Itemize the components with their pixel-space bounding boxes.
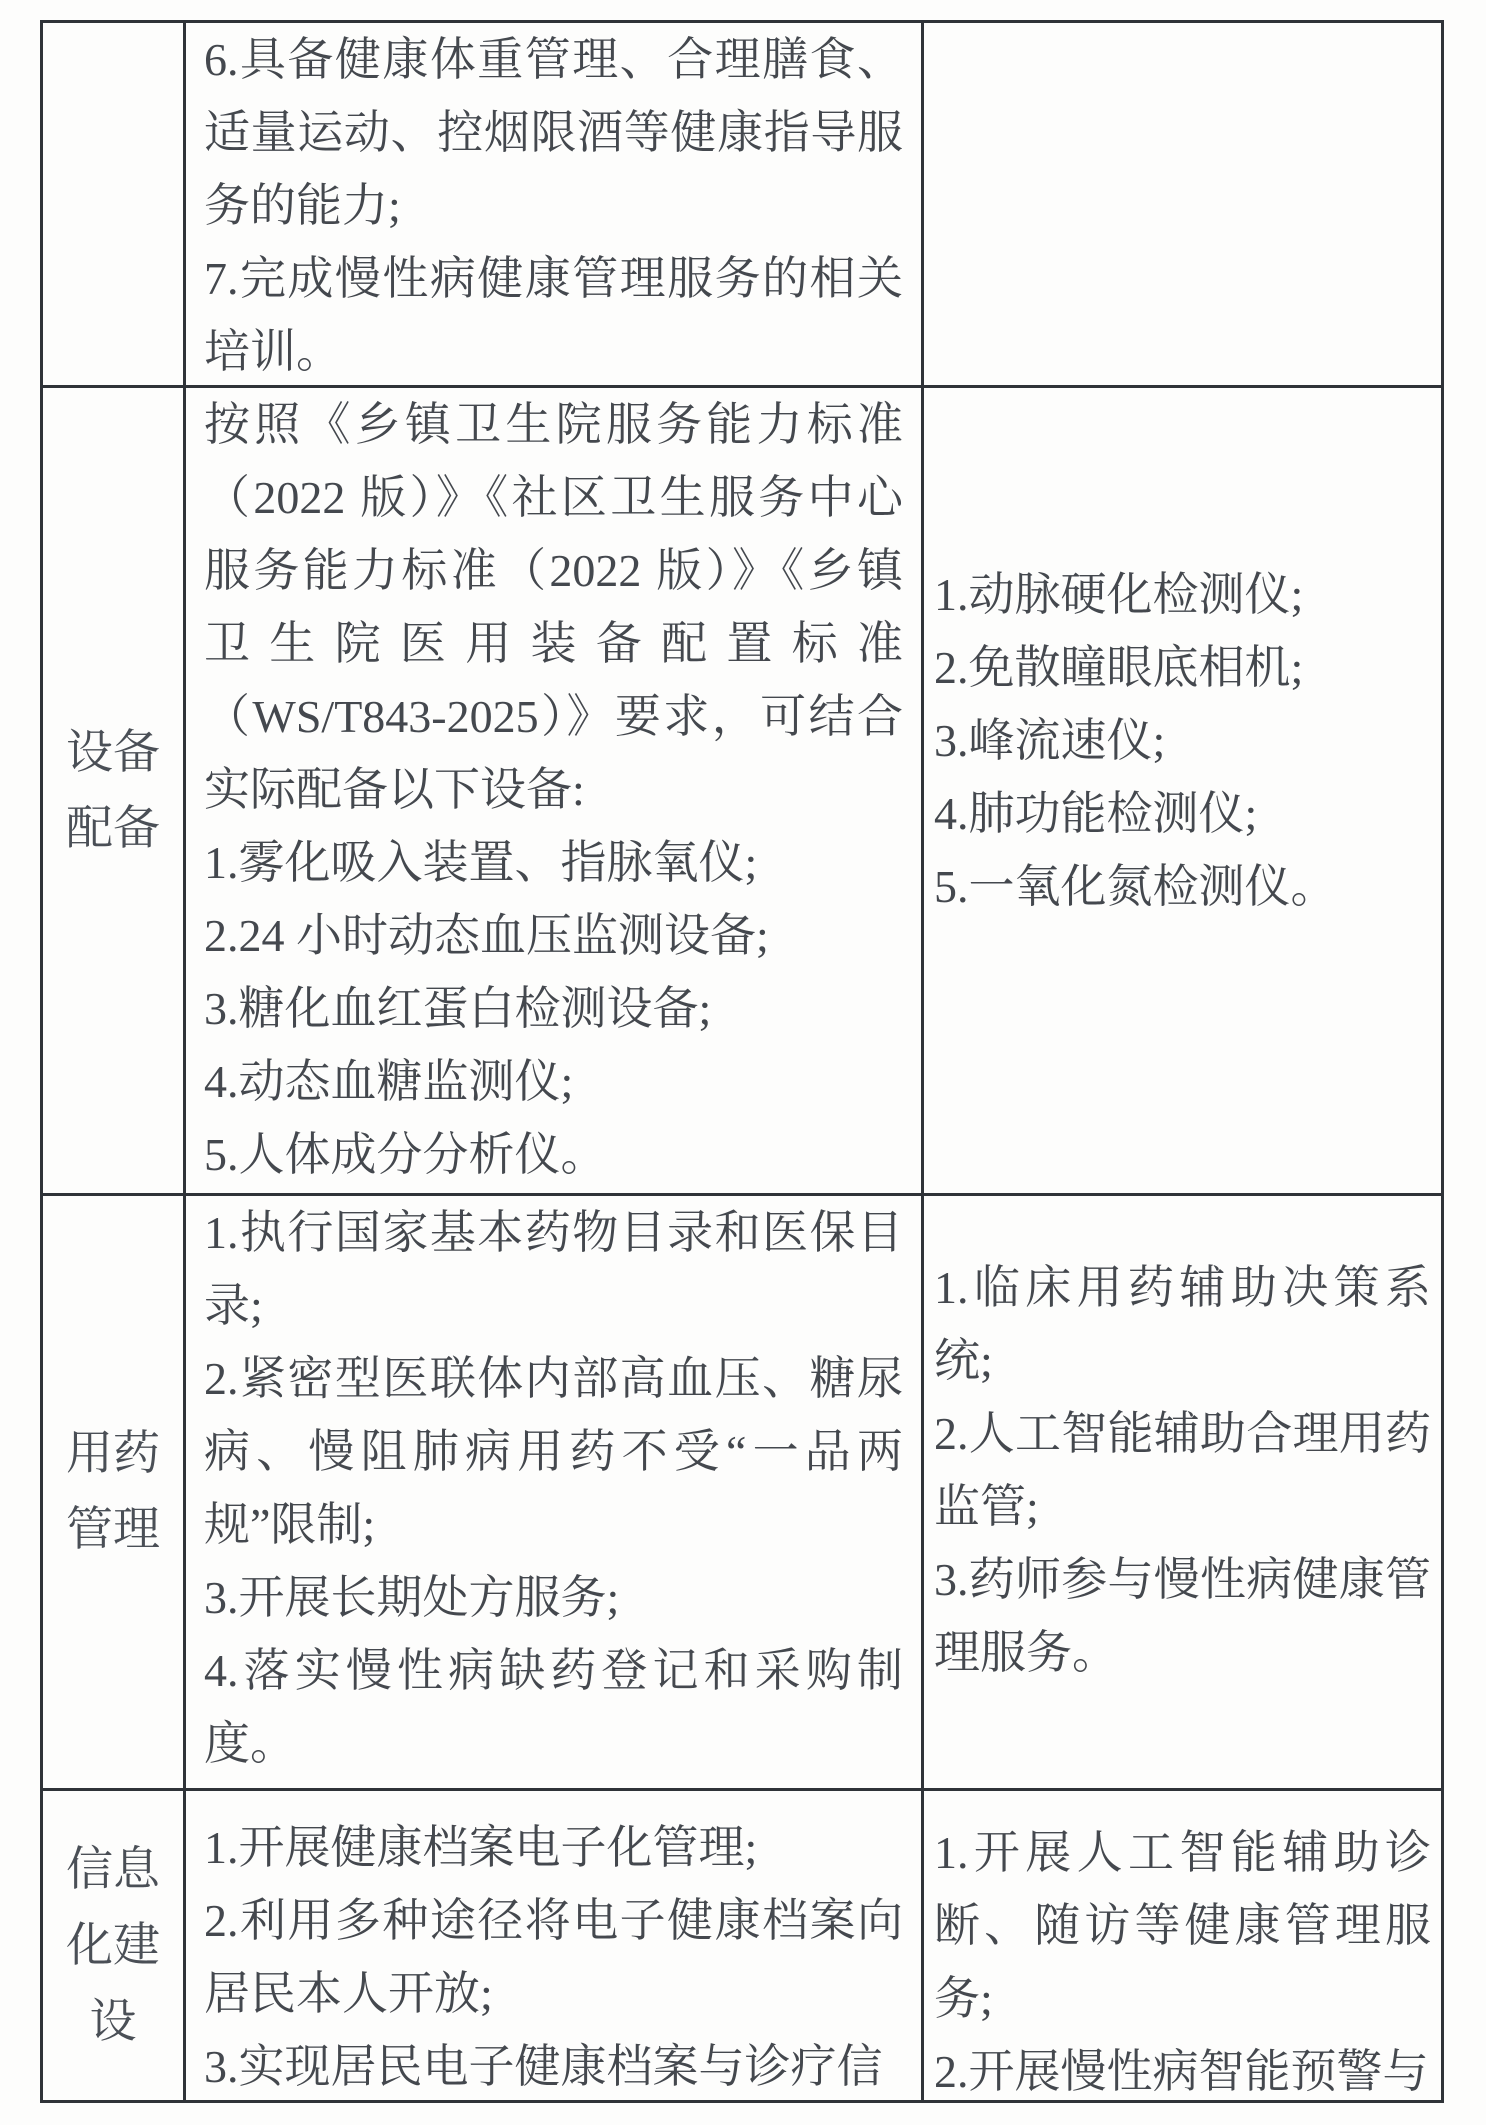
paragraph: 7.完成慢性病健康管理服务的相关培训。	[204, 242, 903, 385]
paragraph: 1.临床用药辅助决策系统;	[934, 1251, 1431, 1397]
paragraph: 4.落实慢性病缺药登记和采购制度。	[204, 1634, 903, 1780]
paragraph: 1.开展健康档案电子化管理;	[204, 1811, 903, 1884]
paragraph: 按照《乡镇卫生院服务能力标准（2022 版）》《社区卫生服务中心服务能力标准（2…	[204, 388, 903, 826]
paragraph: 5.一氧化氮检测仪。	[934, 850, 1431, 923]
paragraph: 3.开展长期处方服务;	[204, 1561, 903, 1634]
row-informatization-label: 信息化建设	[66, 1832, 160, 2060]
row-continuation-optional-cell	[924, 23, 1441, 385]
row-medication-optional-cell: 1.临床用药辅助决策系统; 2.人工智能辅助合理用药监管; 3.药师参与慢性病健…	[924, 1196, 1441, 1788]
paragraph: 3.实现居民电子健康档案与诊疗信	[204, 2030, 903, 2100]
row-equipment-label: 设备配备	[66, 715, 160, 867]
paragraph: 4.肺功能检测仪;	[934, 777, 1431, 850]
paragraph: 1.动脉硬化检测仪;	[934, 558, 1431, 631]
row-informatization-optional-cell: 1.开展人工智能辅助诊断、随访等健康管理服务; 2.开展慢性病智能预警与	[924, 1791, 1441, 2100]
paragraph: 2.免散瞳眼底相机;	[934, 631, 1431, 704]
paragraph: 3.峰流速仪;	[934, 704, 1431, 777]
paragraph: 4.动态血糖监测仪;	[204, 1045, 903, 1118]
row-informatization-requirements-cell: 1.开展健康档案电子化管理; 2.利用多种途径将电子健康档案向居民本人开放; 3…	[186, 1791, 921, 2100]
standards-table: 6.具备健康体重管理、合理膳食、适量运动、控烟限酒等健康指导服务的能力; 7.完…	[40, 20, 1444, 2103]
paragraph: 1.开展人工智能辅助诊断、随访等健康管理服务;	[934, 1816, 1431, 2035]
row-continuation-requirements-cell: 6.具备健康体重管理、合理膳食、适量运动、控烟限酒等健康指导服务的能力; 7.完…	[186, 23, 921, 385]
paragraph: 2.利用多种途径将电子健康档案向居民本人开放;	[204, 1884, 903, 2030]
paragraph: 1.雾化吸入装置、指脉氧仪;	[204, 826, 903, 899]
paragraph: 2.24 小时动态血压监测设备;	[204, 899, 903, 972]
paragraph: 2.紧密型医联体内部高血压、糖尿病、慢阻肺病用药不受“一品两规”限制;	[204, 1342, 903, 1561]
row-medication-label-cell: 用药管理	[43, 1196, 183, 1788]
document-page: 6.具备健康体重管理、合理膳食、适量运动、控烟限酒等健康指导服务的能力; 7.完…	[0, 0, 1486, 2125]
paragraph: 1.执行国家基本药物目录和医保目录;	[204, 1196, 903, 1342]
row-equipment-requirements-cell: 按照《乡镇卫生院服务能力标准（2022 版）》《社区卫生服务中心服务能力标准（2…	[186, 388, 921, 1193]
paragraph: 2.人工智能辅助合理用药监管;	[934, 1397, 1431, 1543]
paragraph: 2.开展慢性病智能预警与	[934, 2035, 1431, 2100]
paragraph: 6.具备健康体重管理、合理膳食、适量运动、控烟限酒等健康指导服务的能力;	[204, 23, 903, 242]
paragraph: 3.糖化血红蛋白检测设备;	[204, 972, 903, 1045]
row-continuation-label-cell	[43, 23, 183, 385]
row-equipment-optional-cell: 1.动脉硬化检测仪; 2.免散瞳眼底相机; 3.峰流速仪; 4.肺功能检测仪; …	[924, 388, 1441, 1193]
row-medication-label: 用药管理	[66, 1416, 160, 1568]
row-medication-requirements-cell: 1.执行国家基本药物目录和医保目录; 2.紧密型医联体内部高血压、糖尿病、慢阻肺…	[186, 1196, 921, 1788]
row-equipment-label-cell: 设备配备	[43, 388, 183, 1193]
paragraph: 5.人体成分分析仪。	[204, 1118, 903, 1191]
paragraph: 3.药师参与慢性病健康管理服务。	[934, 1543, 1431, 1689]
row-informatization-label-cell: 信息化建设	[43, 1791, 183, 2100]
